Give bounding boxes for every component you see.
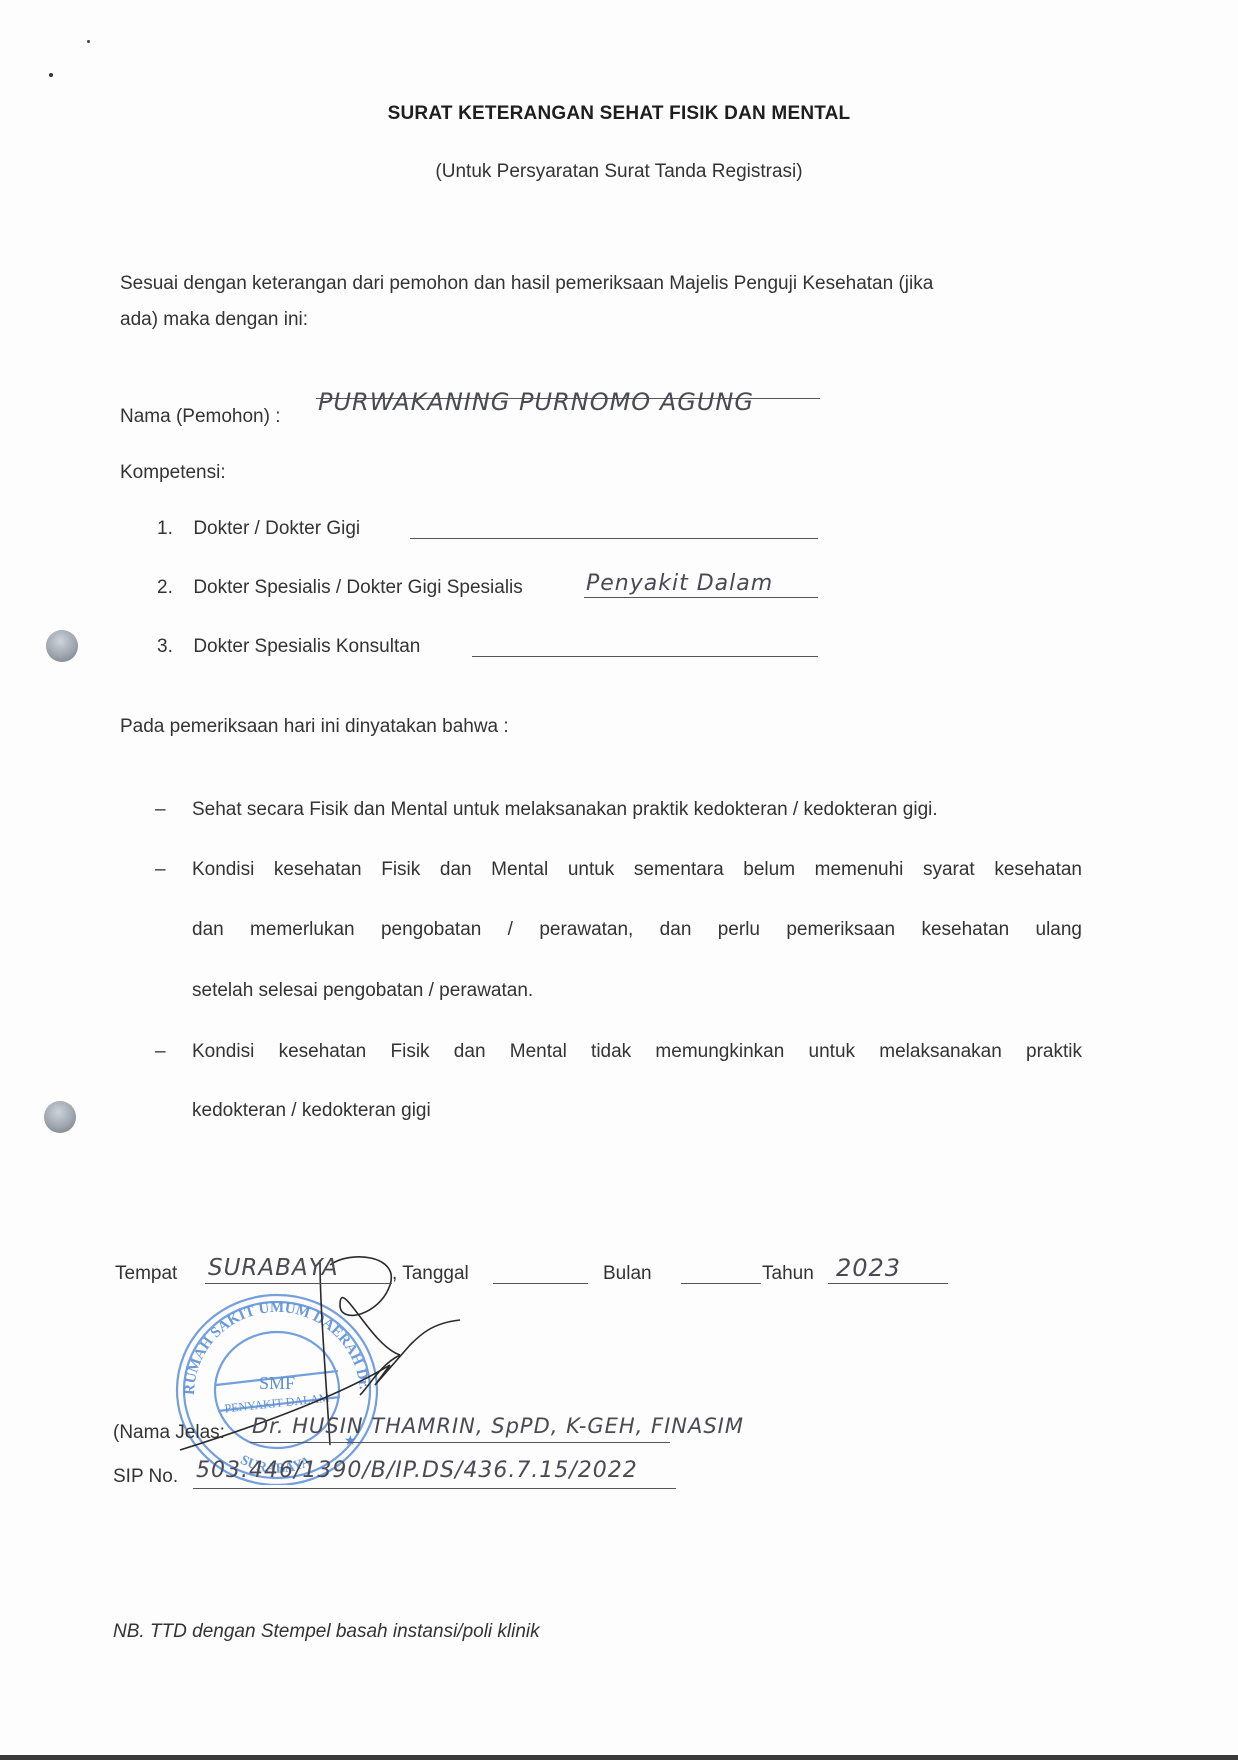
applicant-label: Nama (Pemohon) : — [120, 406, 281, 428]
year-label: Tahun — [762, 1263, 814, 1285]
year-field[interactable]: 2023 — [836, 1254, 901, 1282]
competence-item-3: 3. Dokter Spesialis Konsultan — [157, 636, 420, 658]
footnote: NB. TTD dengan Stempel basah instansi/po… — [113, 1621, 540, 1643]
place-field[interactable]: SURABAYA — [208, 1255, 339, 1281]
doctor-name-field[interactable]: Dr. HUSIN THAMRIN, SpPD, K-GEH, FINASIM — [252, 1414, 744, 1438]
sip-line — [193, 1488, 676, 1489]
option-2-line-1: Kondisi kesehatan Fisik dan Mental untuk… — [192, 860, 1082, 880]
competence-3-field[interactable] — [472, 656, 818, 657]
exam-statement: Pada pemeriksaan hari ini dinyatakan bah… — [120, 716, 509, 738]
date-field[interactable] — [493, 1283, 588, 1284]
name-line — [250, 1442, 670, 1443]
competence-item-2: 2. Dokter Spesialis / Dokter Gigi Spesia… — [157, 577, 523, 599]
sip-number-field[interactable]: 503.446/1390/B/IP.DS/436.7.15/2022 — [196, 1458, 638, 1483]
competence-label: Kompetensi: — [120, 462, 226, 484]
document-subtitle: (Untuk Persyaratan Surat Tanda Registras… — [0, 161, 1238, 183]
competence-item-1: 1. Dokter / Dokter Gigi — [157, 518, 360, 540]
option-2-dash: – — [155, 859, 166, 881]
item-label: Dokter Spesialis Konsultan — [193, 636, 420, 657]
option-3-line-2: kedokteran / kedokteran gigi — [192, 1101, 1082, 1121]
option-2-line-2: dan memerlukan pengobatan / perawatan, d… — [192, 920, 1082, 940]
item-number: 3. — [157, 636, 173, 657]
date-label: , Tanggal — [392, 1263, 469, 1285]
item-number: 1. — [157, 518, 173, 539]
item-label: Dokter Spesialis / Dokter Gigi Spesialis — [193, 577, 522, 598]
option-1-dash: – — [155, 799, 166, 821]
option-2-line-3: setelah selesai pengobatan / perawatan. — [192, 981, 1082, 1001]
name-label: (Nama Jelas: — [113, 1422, 225, 1444]
sip-label: SIP No. — [113, 1466, 178, 1488]
item-label: Dokter / Dokter Gigi — [193, 518, 360, 539]
option-3-line-1: Kondisi kesehatan Fisik dan Mental tidak… — [192, 1042, 1082, 1062]
competence-1-field[interactable] — [410, 538, 818, 539]
punch-hole-bottom — [44, 1101, 76, 1133]
punch-hole-top — [46, 630, 78, 662]
month-label: Bulan — [603, 1263, 652, 1285]
scan-dot — [49, 73, 53, 77]
place-line — [205, 1283, 392, 1284]
place-label: Tempat — [115, 1263, 177, 1285]
scan-dot — [87, 40, 90, 43]
competence-2-line — [584, 597, 818, 598]
month-field[interactable] — [681, 1283, 761, 1284]
option-3-dash: – — [155, 1041, 166, 1063]
intro-paragraph: Sesuai dengan keterangan dari pemohon da… — [120, 266, 1090, 338]
competence-2-field[interactable]: Penyakit Dalam — [586, 571, 773, 596]
document-title: SURAT KETERANGAN SEHAT FISIK DAN MENTAL — [0, 103, 1238, 125]
option-1-line-1: Sehat secara Fisik dan Mental untuk mela… — [192, 800, 1082, 820]
intro-line-2: ada) maka dengan ini: — [120, 302, 1090, 338]
item-number: 2. — [157, 577, 173, 598]
scan-bottom-edge — [0, 1755, 1238, 1760]
intro-line-1: Sesuai dengan keterangan dari pemohon da… — [120, 266, 1090, 302]
applicant-name-field[interactable]: PURWAKANING PURNOMO AGUNG — [318, 388, 754, 416]
year-line — [828, 1283, 948, 1284]
